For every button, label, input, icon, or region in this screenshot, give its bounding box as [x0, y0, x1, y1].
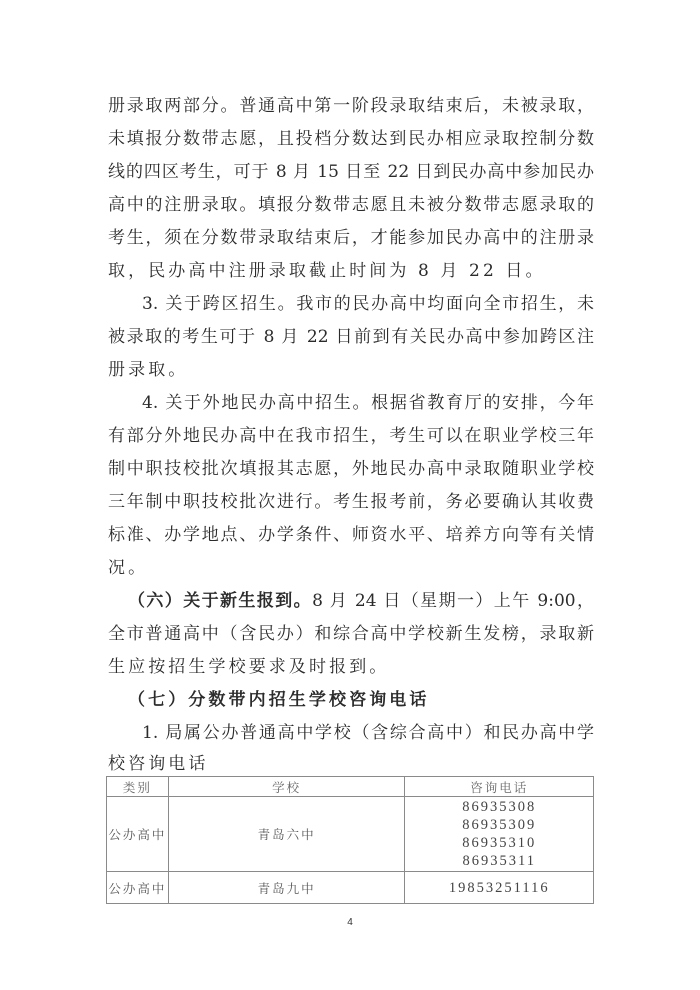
section-heading-seven: （七）分数带内招生学校咨询电话 — [128, 684, 614, 717]
paragraph-line: 取，民办高中注册录取截止时间为 8 月 22 日。 — [108, 255, 594, 288]
document-page: 册录取两部分。普通高中第一阶段录取结束后，未被录取， 未填报分数带志愿，且投档分… — [0, 0, 700, 990]
table-row: 公办高中 青岛九中 19853251116 — [107, 872, 594, 904]
paragraph-line: 被录取的考生可于 8 月 22 日前到有关民办高中参加跨区注 — [108, 321, 594, 354]
paragraph-line: 生应按招生学校要求及时报到。 — [108, 651, 594, 684]
phone-number: 86935309 — [405, 816, 593, 834]
paragraph-line: 制中职技校批次填报其志愿，外地民办高中录取随职业学校 — [108, 453, 594, 486]
cell-school: 青岛六中 — [168, 797, 405, 872]
section-heading-six: （六）关于新生报到。 — [128, 591, 312, 611]
paragraph-line: 册录取。 — [108, 354, 594, 387]
paragraph-line: 有部分外地民办高中在我市招生，考生可以在职业学校三年 — [108, 420, 594, 453]
paragraph-line: 未填报分数带志愿，且投档分数达到民办相应录取控制分数 — [108, 123, 594, 156]
paragraph-text: 8 月 24 日（星期一）上午 9:00， — [312, 591, 594, 611]
cell-phone: 86935308 86935309 86935310 86935311 — [405, 797, 594, 872]
paragraph-line: 三年制中职技校批次进行。考生报考前，务必要确认其收费 — [108, 486, 594, 519]
paragraph-line: （六）关于新生报到。8 月 24 日（星期一）上午 9:00， — [128, 585, 594, 618]
paragraph-line: 3. 关于跨区招生。我市的民办高中均面向全市招生，未 — [142, 288, 594, 321]
paragraph-line: 1. 局属公办普通高中学校（含综合高中）和民办高中学 — [142, 717, 594, 750]
table-header-row: 类别 学校 咨询电话 — [107, 777, 594, 797]
paragraph-line: 线的四区考生，可于 8 月 15 日至 22 日到民办高中参加民办 — [108, 156, 594, 189]
header-category: 类别 — [107, 777, 169, 797]
phone-number: 19853251116 — [405, 879, 593, 897]
phone-number: 86935311 — [405, 852, 593, 870]
header-school: 学校 — [168, 777, 405, 797]
paragraph-line: 考生，须在分数带录取结束后，才能参加民办高中的注册录 — [108, 222, 594, 255]
paragraph-line: 册录取两部分。普通高中第一阶段录取结束后，未被录取， — [108, 90, 594, 123]
phone-number: 86935310 — [405, 834, 593, 852]
paragraph-line: 4. 关于外地民办高中招生。根据省教育厅的安排，今年 — [142, 387, 594, 420]
paragraph-line: 高中的注册录取。填报分数带志愿且未被分数带志愿录取的 — [108, 189, 594, 222]
cell-phone: 19853251116 — [405, 872, 594, 904]
page-number: 4 — [340, 917, 360, 928]
cell-category: 公办高中 — [107, 872, 169, 904]
paragraph-line: 全市普通高中（含民办）和综合高中学校新生发榜，录取新 — [108, 618, 594, 651]
cell-school: 青岛九中 — [168, 872, 405, 904]
paragraph-line: 标准、办学地点、办学条件、师资水平、培养方向等有关情 — [108, 519, 594, 552]
header-phone: 咨询电话 — [405, 777, 594, 797]
phone-number: 86935308 — [405, 798, 593, 816]
paragraph-line: 况。 — [108, 552, 594, 585]
table-row: 公办高中 青岛六中 86935308 86935309 86935310 869… — [107, 797, 594, 872]
consult-phone-table: 类别 学校 咨询电话 公办高中 青岛六中 86935308 86935309 8… — [106, 776, 594, 904]
cell-category: 公办高中 — [107, 797, 169, 872]
